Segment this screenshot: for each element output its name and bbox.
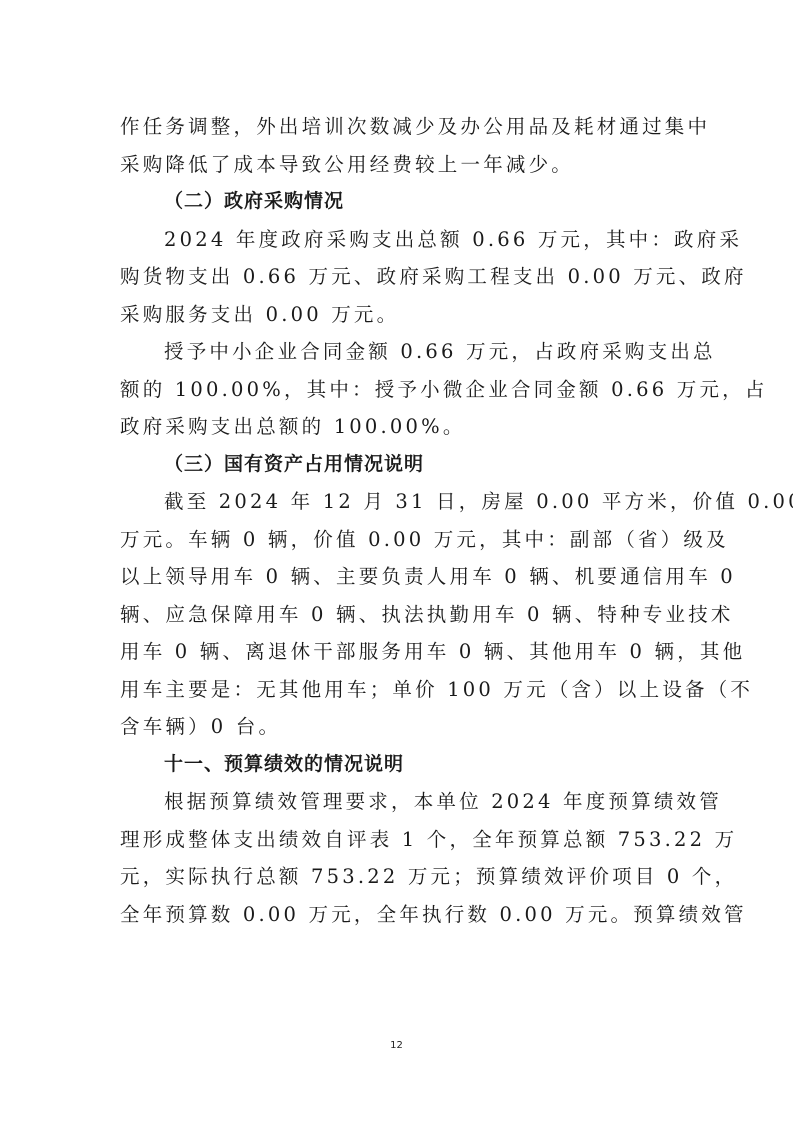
paragraph-line: 采购服务支出 0.00 万元。 <box>120 296 670 334</box>
section-heading-state-assets: （三）国有资产占用情况说明 <box>120 446 670 484</box>
document-page-body: 作任务调整，外出培训次数减少及办公用品及耗材通过集中 采购降低了成本导致公用经费… <box>120 108 670 933</box>
paragraph-line: 截至 2024 年 12 月 31 日，房屋 0.00 平方米，价值 0.00 <box>120 483 670 521</box>
paragraph-line: 元，实际执行总额 753.22 万元；预算绩效评价项目 0 个， <box>120 858 670 896</box>
paragraph-line: 以上领导用车 0 辆、主要负责人用车 0 辆、机要通信用车 0 <box>120 558 670 596</box>
paragraph-line: 作任务调整，外出培训次数减少及办公用品及耗材通过集中 <box>120 108 670 146</box>
paragraph-line: 万元。车辆 0 辆，价值 0.00 万元，其中：副部（省）级及 <box>120 521 670 559</box>
paragraph-line: 含车辆）0 台。 <box>120 708 670 746</box>
paragraph-line: 根据预算绩效管理要求，本单位 2024 年度预算绩效管 <box>120 783 670 821</box>
paragraph-line: 用车 0 辆、离退休干部服务用车 0 辆、其他用车 0 辆，其他 <box>120 633 670 671</box>
paragraph-line: 用车主要是：无其他用车；单价 100 万元（含）以上设备（不 <box>120 671 670 709</box>
paragraph-line: 理形成整体支出绩效自评表 1 个，全年预算总额 753.22 万 <box>120 821 670 859</box>
paragraph-line: 额的 100.00%，其中：授予小微企业合同金额 0.66 万元，占 <box>120 371 670 409</box>
paragraph-line: 2024 年度政府采购支出总额 0.66 万元，其中：政府采 <box>120 221 670 259</box>
paragraph-line: 政府采购支出总额的 100.00%。 <box>120 408 670 446</box>
paragraph-line: 授予中小企业合同金额 0.66 万元，占政府采购支出总 <box>120 333 670 371</box>
section-heading-budget-performance: 十一、预算绩效的情况说明 <box>120 746 670 784</box>
paragraph-line: 辆、应急保障用车 0 辆、执法执勤用车 0 辆、特种专业技术 <box>120 596 670 634</box>
paragraph-line: 购货物支出 0.66 万元、政府采购工程支出 0.00 万元、政府 <box>120 258 670 296</box>
paragraph-line: 采购降低了成本导致公用经费较上一年减少。 <box>120 146 670 184</box>
section-heading-government-procurement: （二）政府采购情况 <box>120 183 670 221</box>
page-number: 12 <box>0 1040 793 1051</box>
paragraph-line: 全年预算数 0.00 万元，全年执行数 0.00 万元。预算绩效管 <box>120 896 670 934</box>
